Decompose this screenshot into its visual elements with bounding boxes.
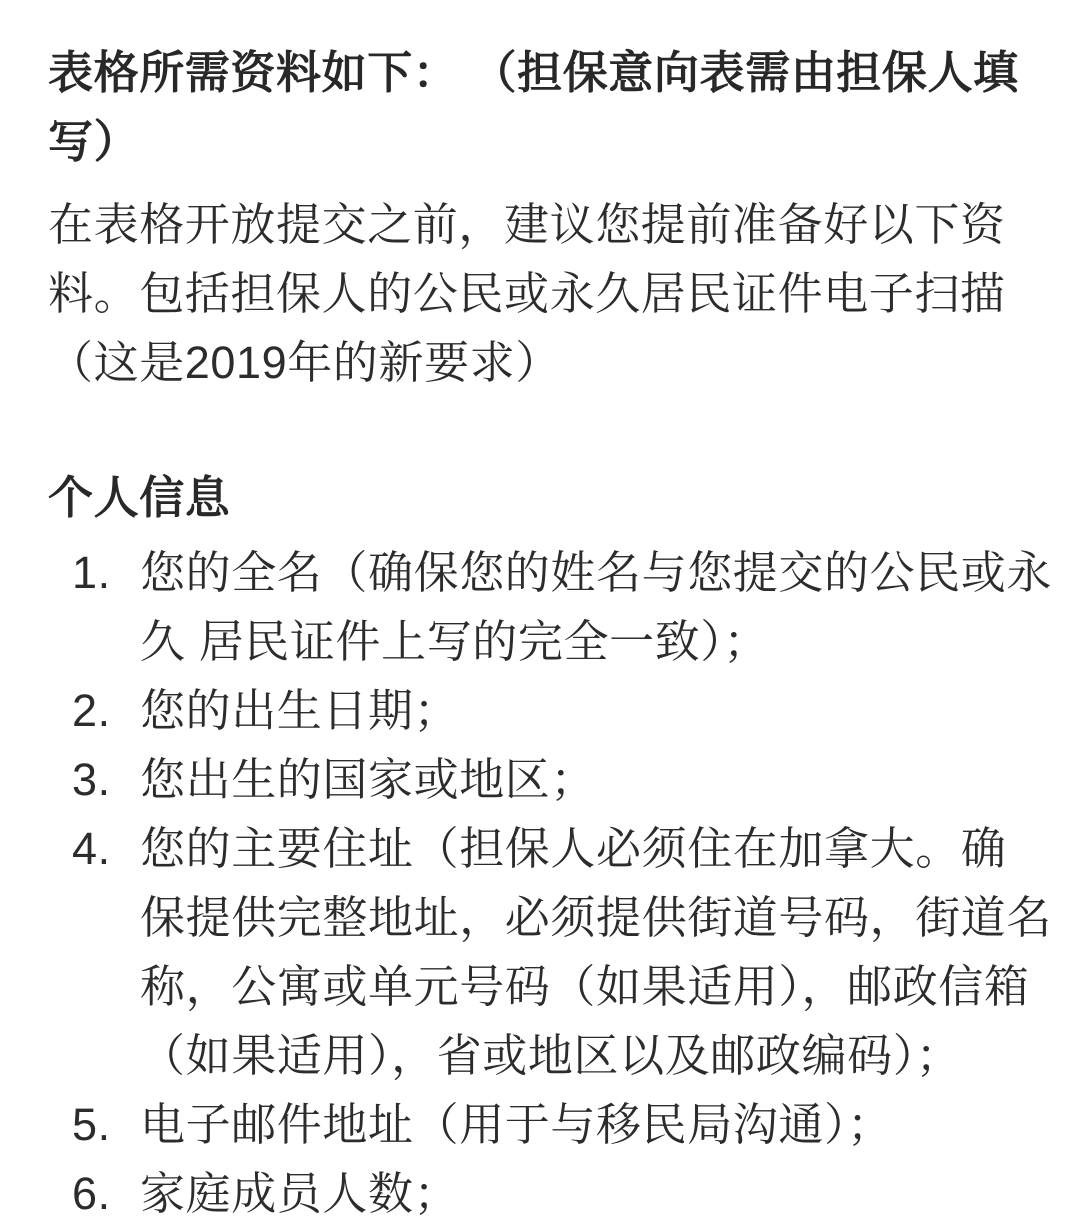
list-item-number: 3. [72,745,111,814]
document-title: 表格所需资料如下： （担保意向表需由担保人填 写） [48,38,1055,176]
list-item-text: 您的主要住址（担保人必须住在加拿大。确 保提供完整地址，必须提供街道号码，街道名… [140,814,1055,1090]
document-body: 表格所需资料如下： （担保意向表需由担保人填 写） 在表格开放提交之前，建议您提… [0,0,1079,1228]
intro-paragraph: 在表格开放提交之前，建议您提前准备好以下资 料。包括担保人的公民或永久居民证件电… [48,190,1055,397]
list-item-email: 5. 电子邮件地址（用于与移民局沟通）； [48,1090,1055,1159]
list-item-birth-country: 3. 您出生的国家或地区； [48,745,1055,814]
list-item-full-name: 1. 您的全名（确保您的姓名与您提交的公民或永 久 居民证件上写的完全一致）； [48,538,1055,676]
list-item-birth-date: 2. 您的出生日期； [48,676,1055,745]
list-item-text: 电子邮件地址（用于与移民局沟通）； [140,1090,1055,1159]
list-item-family-size: 6. 家庭成员人数； [48,1159,1055,1228]
list-item-text: 您出生的国家或地区； [140,745,1055,814]
list-item-main-address: 4. 您的主要住址（担保人必须住在加拿大。确 保提供完整地址，必须提供街道号码，… [48,814,1055,1090]
list-item-number: 2. [72,676,111,745]
section-heading-personal-info: 个人信息 [48,463,1055,532]
list-item-text: 您的全名（确保您的姓名与您提交的公民或永 久 居民证件上写的完全一致）； [140,538,1055,676]
list-item-text: 家庭成员人数； [140,1159,1055,1228]
requirements-list: 1. 您的全名（确保您的姓名与您提交的公民或永 久 居民证件上写的完全一致）； … [48,538,1055,1228]
list-item-number: 6. [72,1159,111,1228]
list-item-number: 5. [72,1090,111,1159]
list-item-number: 1. [72,538,111,607]
list-item-text: 您的出生日期； [140,676,1055,745]
list-item-number: 4. [72,814,111,883]
